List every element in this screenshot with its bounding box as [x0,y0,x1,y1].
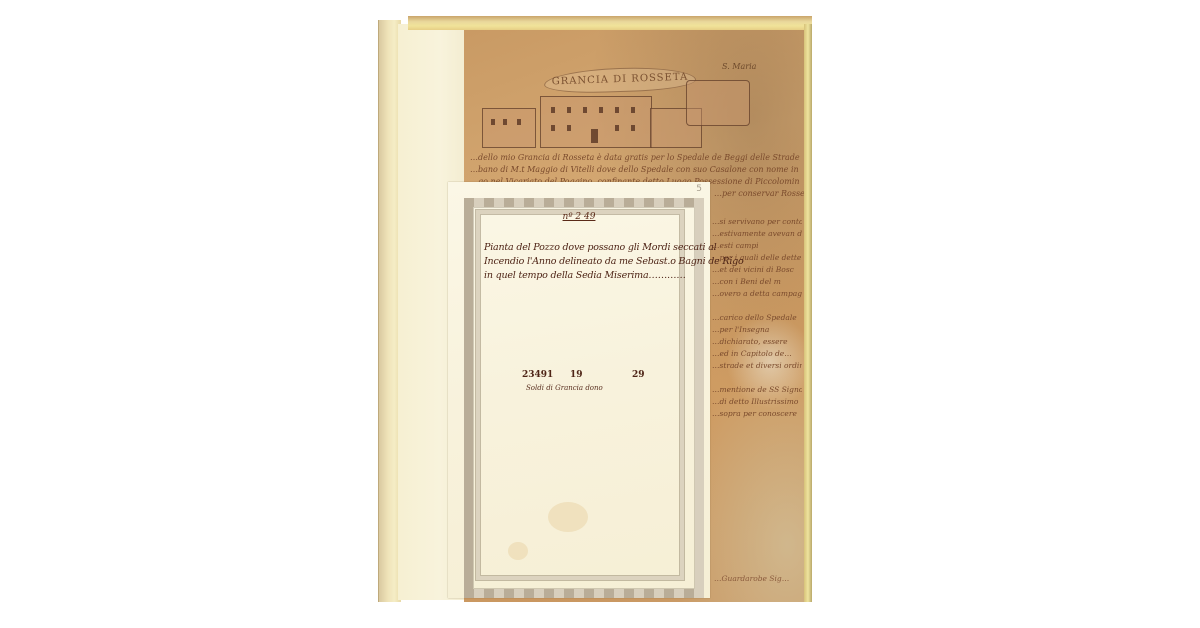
side-text-line: …overo a detta campagna [712,288,802,300]
side-text-line: …esti campi [712,240,802,252]
side-text-line: …estivamente avevan di dett [712,228,802,240]
building-main [540,96,652,148]
side-text-line: …strade et diversi ordini… [712,360,802,372]
banner-title: GRANCIA DI ROSSETA [544,65,697,94]
title-line: Incendio l'Anno delineato da me Sebast.o… [484,256,744,267]
page-edges-top [408,16,812,30]
total-value-3: 29 [632,370,645,380]
side-text-line: …sopra per conoscere [712,408,802,420]
church-building [686,80,750,126]
side-text-line: …carico dello Spedale [712,312,802,324]
total-value-2: 19 [570,370,583,380]
title-line: in quel tempo della Sedia Miserima………… [484,270,686,281]
side-text-line: …con i Beni del m [712,276,802,288]
side-text-line: …ed in Capitolo de… [712,348,802,360]
building-small [482,108,536,148]
title-line: Pianta del Pozzo dove possano gli Mordi … [484,242,717,253]
old-text-line: …dello mio Grancia di Rosseta è data gra… [470,152,800,164]
total-value-1: 23491 [522,370,553,380]
old-footer-note: …Guardarobe Sig… [714,574,789,583]
side-text-line: …dichiarato, essere [712,336,802,348]
sheet-heading: nº 2 49 [448,212,710,222]
page-edges-right [804,24,812,602]
old-text-line: …per conservar Rosseta [714,188,804,200]
side-text-line: …per l'Insegna [712,324,802,336]
church-label: S. Maria [722,62,756,71]
old-text-line: …bano di M.t Maggio di Vitelli dove dell… [470,164,800,176]
totals-note: Soldi di Grancia dono [526,384,603,392]
page-number: 5 [696,184,702,194]
inserted-sheet: 5 nº 2 49 Pianta del Pozzo dove possano … [448,182,710,598]
side-text-line: …di detto Illustrissimo [712,396,802,408]
side-text-line: …mentione de SS Signori [712,384,802,396]
side-text-line: …si servivano per conto di [712,216,802,228]
